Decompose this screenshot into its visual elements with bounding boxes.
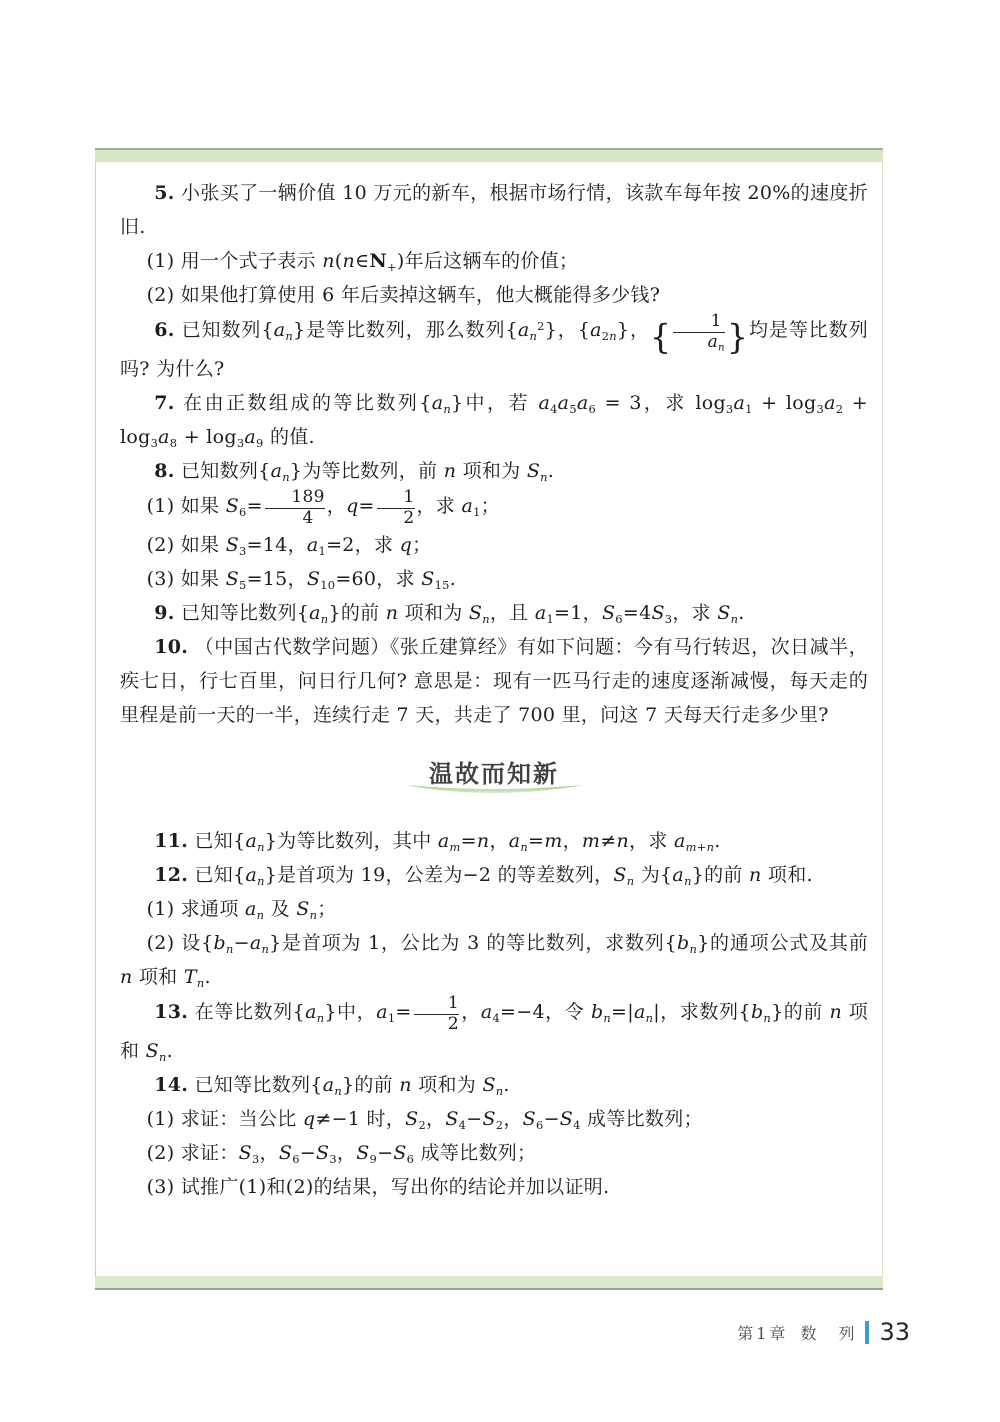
problem-14-part-3: (3) 试推广(1)和(2)的结果，写出你的结论并加以证明.	[120, 1170, 868, 1204]
problem-5-text: 5. 小张买了一辆价值 10 万元的新车，根据市场行情，该款车每年按 20%的速…	[120, 176, 868, 244]
problem-11-text: 11. 已知{an}为等比数列，其中 am=n，an=m，m≠n，求 am+n.	[120, 824, 868, 858]
page-footer: 第1章 数 列 33	[737, 1318, 910, 1346]
problem-8-part-1: (1) 如果 S6=1894，q=12，求 a1；	[120, 488, 868, 528]
problem-12-text: 12. 已知{an}是首项为 19，公差为−2 的等差数列，Sn 为{an}的前…	[120, 858, 868, 892]
review-header-title: 温故而知新	[429, 754, 559, 789]
problem-14-part-2: (2) 求证：S3，S6−S3，S9−S6 成等比数列；	[120, 1136, 868, 1170]
problem-7-text: 7. 在由正数组成的等比数列{an}中，若 a4a5a6 = 3，求 log3a…	[120, 386, 868, 454]
content-frame: 5. 小张买了一辆价值 10 万元的新车，根据市场行情，该款车每年按 20%的速…	[95, 148, 883, 1290]
problem-6-text: 6. 已知数列{an}是等比数列，那么数列{an2}，{a2n}，{1an}均是…	[120, 312, 868, 386]
exercise-body: 5. 小张买了一辆价值 10 万元的新车，根据市场行情，该款车每年按 20%的速…	[95, 162, 883, 1276]
problem-8-part-3: (3) 如果 S5=15，S10=60，求 S15.	[120, 562, 868, 596]
problem-8-text: 8. 已知数列{an}为等比数列，前 n 项和为 Sn.	[120, 454, 868, 488]
footer-divider-bar	[865, 1321, 869, 1344]
textbook-page: 5. 小张买了一辆价值 10 万元的新车，根据市场行情，该款车每年按 20%的速…	[0, 0, 1000, 1422]
page-number: 33	[879, 1318, 910, 1346]
section-label: 数 列	[800, 1321, 857, 1344]
problem-8-part-2: (2) 如果 S3=14，a1=2，求 q；	[120, 528, 868, 562]
problem-10-text: 10. （中国古代数学问题）《张丘建算经》有如下问题：今有马行转迟，次日减半，疾…	[120, 630, 868, 732]
problem-14-text: 14. 已知等比数列{an}的前 n 项和为 Sn.	[120, 1068, 868, 1102]
problem-12-part-1: (1) 求通项 an 及 Sn；	[120, 892, 868, 926]
problem-5-part-1: (1) 用一个式子表示 n(n∈N+)年后这辆车的价值；	[120, 244, 868, 278]
chapter-label: 第1章	[737, 1321, 788, 1344]
top-green-band	[95, 148, 883, 162]
problem-13-text: 13. 在等比数列{an}中，a1=12，a4=−4，令 bn=|an|，求数列…	[120, 994, 868, 1068]
problem-9-text: 9. 已知等比数列{an}的前 n 项和为 Sn，且 a1=1，S6=4S3，求…	[120, 596, 868, 630]
problem-5-part-2: (2) 如果他打算使用 6 年后卖掉这辆车，他大概能得多少钱?	[120, 278, 868, 312]
problem-14-part-1: (1) 求证：当公比 q≠−1 时，S2，S4−S2，S6−S4 成等比数列；	[120, 1102, 868, 1136]
bottom-green-band	[95, 1276, 883, 1290]
review-header: 温故而知新	[120, 754, 868, 798]
problem-12-part-2: (2) 设{bn−an}是首项为 1，公比为 3 的等比数列，求数列{bn}的通…	[120, 926, 868, 994]
